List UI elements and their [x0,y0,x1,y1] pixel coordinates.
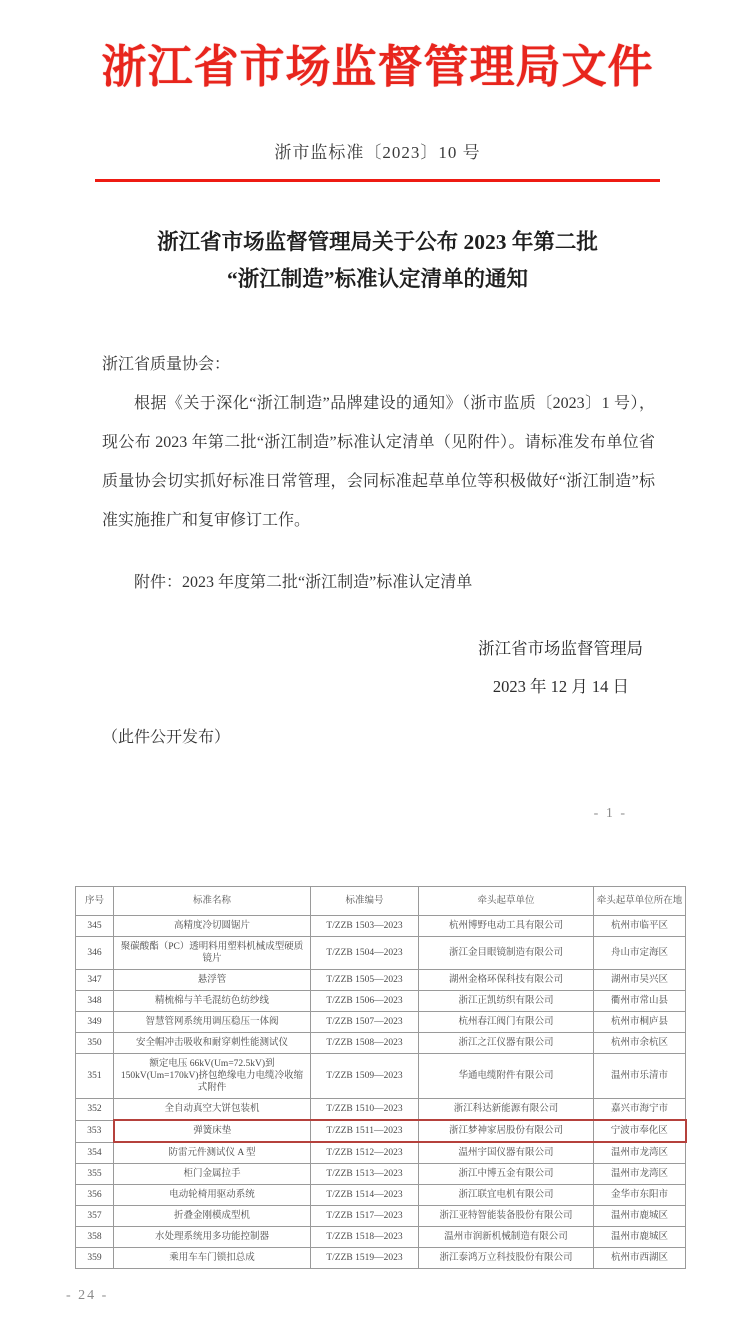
public-release-note: （此件公开发布） [70,720,685,756]
table-row: 355 柜门金属拉手 T/ZZB 1513—2023 浙江中博五金有限公司 温州… [76,1164,686,1185]
cell-index: 353 [76,1120,114,1142]
document-number: 浙市监标准〔2023〕10 号 [70,138,685,163]
standards-table: 序号 标准名称 标准编号 牵头起草单位 牵头起草单位所在地 345 高精度冷切圆… [75,886,687,1269]
cell-lead-org: 浙江正凯纺织有限公司 [419,991,594,1012]
issue-date: 2023 年 12 月 14 日 [70,668,643,706]
cell-org-location: 宁波市奉化区 [594,1120,686,1142]
table-row: 347 悬浮管 T/ZZB 1505—2023 湖州金格环保科技有限公司 湖州市… [76,970,686,991]
cell-standard-name: 安全帽冲击吸收和耐穿刺性能测试仪 [114,1033,311,1054]
cell-standard-code: T/ZZB 1513—2023 [311,1164,419,1185]
cell-org-location: 舟山市定海区 [594,937,686,970]
col-header-org-location: 牵头起草单位所在地 [594,887,686,916]
cell-org-location: 温州市龙湾区 [594,1164,686,1185]
cell-lead-org: 温州市润新机械制造有限公司 [419,1227,594,1248]
cell-org-location: 杭州市临平区 [594,916,686,937]
cell-index: 357 [76,1206,114,1227]
cell-lead-org: 浙江金目眼镜制造有限公司 [419,937,594,970]
document-page: 浙江省市场监督管理局文件 浙市监标准〔2023〕10 号 浙江省市场监督管理局关… [0,0,755,1269]
cell-org-location: 温州市龙湾区 [594,1142,686,1164]
cell-index: 351 [76,1054,114,1099]
cell-standard-name: 水处理系统用多功能控制器 [114,1227,311,1248]
cell-org-location: 温州市乐清市 [594,1054,686,1099]
notice-body: 浙江省质量协会： 根据《关于深化“浙江制造”品牌建设的通知》（浙市监质〔2023… [70,346,685,602]
cell-standard-code: T/ZZB 1517—2023 [311,1206,419,1227]
notice-title-line2: “浙江制造”标准认定清单的通知 [70,261,685,298]
notice-title-line1: 浙江省市场监督管理局关于公布 2023 年第二批 [70,224,685,261]
cell-standard-code: T/ZZB 1519—2023 [311,1248,419,1269]
table-header-row: 序号 标准名称 标准编号 牵头起草单位 牵头起草单位所在地 [76,887,686,916]
cell-lead-org: 浙江中博五金有限公司 [419,1164,594,1185]
agency-title: 浙江省市场监督管理局文件 [70,40,685,94]
cell-standard-code: T/ZZB 1505—2023 [311,970,419,991]
cell-index: 358 [76,1227,114,1248]
cell-lead-org: 华通电缆附件有限公司 [419,1054,594,1099]
cell-lead-org: 杭州春江阀门有限公司 [419,1012,594,1033]
cell-index: 352 [76,1099,114,1121]
cell-org-location: 杭州市余杭区 [594,1033,686,1054]
cell-org-location: 温州市鹿城区 [594,1206,686,1227]
notice-paragraph: 根据《关于深化“浙江制造”品牌建设的通知》（浙市监质〔2023〕1 号），现公布… [102,384,655,540]
cell-standard-code: T/ZZB 1514—2023 [311,1185,419,1206]
table-row: 349 智慧管网系统用调压稳压一体阀 T/ZZB 1507—2023 杭州春江阀… [76,1012,686,1033]
cell-standard-name: 弹簧床垫 [114,1120,311,1142]
cell-index: 359 [76,1248,114,1269]
cell-lead-org: 杭州博野电动工具有限公司 [419,916,594,937]
cell-index: 350 [76,1033,114,1054]
cell-lead-org: 浙江泰鸿万立科技股份有限公司 [419,1248,594,1269]
cell-lead-org: 湖州金格环保科技有限公司 [419,970,594,991]
cell-standard-code: T/ZZB 1511—2023 [311,1120,419,1142]
cell-standard-code: T/ZZB 1503—2023 [311,916,419,937]
table-row: 351 额定电压 66kV(Um=72.5kV)到 150kV(Um=170kV… [76,1054,686,1099]
cell-standard-name: 悬浮管 [114,970,311,991]
cell-standard-code: T/ZZB 1506—2023 [311,991,419,1012]
table-row: 350 安全帽冲击吸收和耐穿刺性能测试仪 T/ZZB 1508—2023 浙江之… [76,1033,686,1054]
table-row: 354 防雷元件测试仪 A 型 T/ZZB 1512—2023 温州宇国仪器有限… [76,1142,686,1164]
table-row: 358 水处理系统用多功能控制器 T/ZZB 1518—2023 温州市润新机械… [76,1227,686,1248]
cell-standard-code: T/ZZB 1518—2023 [311,1227,419,1248]
cell-lead-org: 浙江科达新能源有限公司 [419,1099,594,1121]
cell-standard-code: T/ZZB 1510—2023 [311,1099,419,1121]
cell-lead-org: 浙江之江仪器有限公司 [419,1033,594,1054]
cell-standard-code: T/ZZB 1508—2023 [311,1033,419,1054]
cell-index: 349 [76,1012,114,1033]
appendix-table-section: 序号 标准名称 标准编号 牵头起草单位 牵头起草单位所在地 345 高精度冷切圆… [70,886,685,1269]
cell-index: 345 [76,916,114,937]
cell-standard-name: 智慧管网系统用调压稳压一体阀 [114,1012,311,1033]
cell-org-location: 嘉兴市海宁市 [594,1099,686,1121]
table-row: 353 弹簧床垫 T/ZZB 1511—2023 浙江梦神家居股份有限公司 宁波… [76,1120,686,1142]
page-number-24: - 24 - [66,1288,108,1304]
cell-org-location: 金华市东阳市 [594,1185,686,1206]
cell-standard-name: 额定电压 66kV(Um=72.5kV)到 150kV(Um=170kV)挤包绝… [114,1054,311,1099]
cell-standard-name: 乘用车车门锁扣总成 [114,1248,311,1269]
cell-org-location: 衢州市常山县 [594,991,686,1012]
salutation: 浙江省质量协会： [102,346,655,384]
cell-index: 347 [76,970,114,991]
cell-org-location: 湖州市吴兴区 [594,970,686,991]
attachment-line: 附件：2023 年度第二批“浙江制造”标准认定清单 [102,564,655,602]
cell-standard-name: 防雷元件测试仪 A 型 [114,1142,311,1164]
cell-standard-name: 聚碳酸酯（PC）透明料用塑料机械成型硬质镜片 [114,937,311,970]
table-row: 356 电动轮椅用驱动系统 T/ZZB 1514—2023 浙江联宜电机有限公司… [76,1185,686,1206]
signature-block: 浙江省市场监督管理局 2023 年 12 月 14 日 [70,630,685,706]
cell-standard-name: 柜门金属拉手 [114,1164,311,1185]
cell-index: 354 [76,1142,114,1164]
cell-lead-org: 浙江亚特智能装备股份有限公司 [419,1206,594,1227]
cell-index: 348 [76,991,114,1012]
col-header-standard-code: 标准编号 [311,887,419,916]
col-header-standard-name: 标准名称 [114,887,311,916]
table-row: 359 乘用车车门锁扣总成 T/ZZB 1519—2023 浙江泰鸿万立科技股份… [76,1248,686,1269]
col-header-index: 序号 [76,887,114,916]
red-divider-line [95,179,660,182]
cell-standard-name: 高精度冷切圆锯片 [114,916,311,937]
cell-standard-code: T/ZZB 1504—2023 [311,937,419,970]
cell-standard-name: 精梳棉与羊毛混纺色纺纱线 [114,991,311,1012]
cell-index: 355 [76,1164,114,1185]
notice-title: 浙江省市场监督管理局关于公布 2023 年第二批 “浙江制造”标准认定清单的通知 [70,224,685,298]
cell-index: 346 [76,937,114,970]
table-row: 345 高精度冷切圆锯片 T/ZZB 1503—2023 杭州博野电动工具有限公… [76,916,686,937]
cell-standard-code: T/ZZB 1507—2023 [311,1012,419,1033]
cell-standard-name: 折叠金刚模成型机 [114,1206,311,1227]
cell-standard-code: T/ZZB 1512—2023 [311,1142,419,1164]
cell-org-location: 杭州市桐庐县 [594,1012,686,1033]
table-row: 352 全自动真空大饼包装机 T/ZZB 1510—2023 浙江科达新能源有限… [76,1099,686,1121]
cell-lead-org: 浙江梦神家居股份有限公司 [419,1120,594,1142]
table-row: 348 精梳棉与羊毛混纺色纺纱线 T/ZZB 1506—2023 浙江正凯纺织有… [76,991,686,1012]
cell-index: 356 [76,1185,114,1206]
cell-standard-name: 电动轮椅用驱动系统 [114,1185,311,1206]
col-header-lead-org: 牵头起草单位 [419,887,594,916]
cell-lead-org: 浙江联宜电机有限公司 [419,1185,594,1206]
cell-org-location: 温州市鹿城区 [594,1227,686,1248]
table-row: 357 折叠金刚模成型机 T/ZZB 1517—2023 浙江亚特智能装备股份有… [76,1206,686,1227]
cell-lead-org: 温州宇国仪器有限公司 [419,1142,594,1164]
table-row: 346 聚碳酸酯（PC）透明料用塑料机械成型硬质镜片 T/ZZB 1504—20… [76,937,686,970]
page-number-1: - 1 - [70,806,685,822]
cell-standard-code: T/ZZB 1509—2023 [311,1054,419,1099]
cell-org-location: 杭州市西湖区 [594,1248,686,1269]
issuer-name: 浙江省市场监督管理局 [70,630,643,668]
cell-standard-name: 全自动真空大饼包装机 [114,1099,311,1121]
